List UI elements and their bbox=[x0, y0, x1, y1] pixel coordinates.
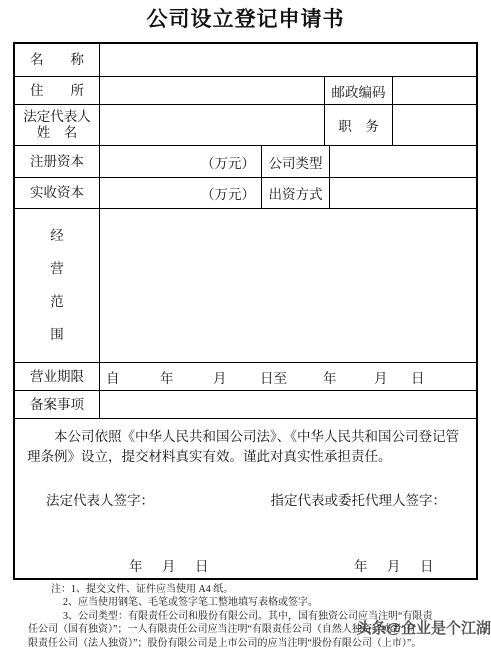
term-day-to: 日至 bbox=[260, 367, 287, 387]
term-month2: 月 bbox=[374, 367, 388, 387]
legal-rep-name-field bbox=[99, 105, 324, 145]
position-label: 职 务 bbox=[324, 105, 392, 145]
term-year2: 年 bbox=[323, 367, 337, 387]
row-company-name: 名 称 bbox=[15, 44, 476, 76]
term-from: 自 bbox=[106, 367, 120, 387]
paid-in-capital-field: （万元） bbox=[99, 178, 261, 208]
legal-rep-label-line2: 姓 名 bbox=[23, 125, 91, 141]
footnote-line: 限责任公司（法人独资）”；股份有限公司是上市公司的应当注明“股份有限公司（上市）… bbox=[28, 637, 480, 649]
postal-code-field bbox=[392, 77, 476, 104]
business-term-label: 营业期限 bbox=[15, 363, 99, 390]
agent-signature-label: 指定代表或委托代理人签字： bbox=[271, 489, 447, 509]
business-scope-char: 范 bbox=[50, 294, 64, 310]
business-scope-label: 经 营 范 围 bbox=[15, 209, 99, 362]
declaration-text: 本公司依照《中华人民共和国公司法》、《中华人民共和国公司登记管理条例》设立，提交… bbox=[27, 427, 464, 467]
row-business-scope: 经 营 范 围 bbox=[15, 208, 476, 362]
paid-in-capital-label: 实收资本 bbox=[15, 178, 99, 208]
legal-rep-label-line1: 法定代表人 bbox=[23, 109, 91, 125]
form-title: 公司设立登记申请书 bbox=[0, 5, 491, 33]
signature-date-left: 年 月 日 bbox=[129, 555, 212, 575]
contribution-method-label: 出资方式 bbox=[261, 178, 329, 208]
registered-capital-field: （万元） bbox=[99, 146, 261, 177]
company-name-label: 名 称 bbox=[15, 44, 99, 76]
business-scope-char: 经 bbox=[50, 228, 64, 244]
row-paid-in-capital: 实收资本 （万元） 出资方式 bbox=[15, 177, 476, 208]
term-day2: 日 bbox=[411, 367, 425, 387]
signature-date-row: 年 月 日 年 月 日 bbox=[15, 555, 476, 573]
registered-capital-label: 注册资本 bbox=[15, 146, 99, 177]
business-scope-field bbox=[99, 209, 476, 362]
legal-rep-signature-label: 法定代表人签字： bbox=[46, 489, 154, 509]
legal-rep-label: 法定代表人 姓 名 bbox=[15, 105, 99, 145]
signature-date-right: 年 月 日 bbox=[354, 555, 437, 575]
postal-code-label: 邮政编码 bbox=[324, 77, 392, 104]
row-filing-matters: 备案事项 bbox=[15, 390, 476, 418]
business-scope-char: 围 bbox=[50, 327, 64, 343]
application-form-page: 公司设立登记申请书 名 称 住 所 邮政编码 法定代表人 姓 名 职 务 bbox=[0, 0, 491, 649]
business-scope-char: 营 bbox=[50, 261, 64, 277]
company-type-label: 公司类型 bbox=[261, 146, 329, 177]
footnotes: 注：1、提交文件、证件应当使用 A4 纸。 2、应当使用钢笔、毛笔或签字笔工整地… bbox=[28, 583, 480, 649]
filing-matters-field bbox=[99, 391, 476, 418]
row-registered-capital: 注册资本 （万元） 公司类型 bbox=[15, 145, 476, 177]
row-business-term: 营业期限 自 年 月 日至 年 月 日 bbox=[15, 362, 476, 390]
signature-row: 法定代表人签字： 指定代表或委托代理人签字： bbox=[15, 489, 476, 509]
filing-matters-label: 备案事项 bbox=[15, 391, 99, 418]
footnote-line: 注：1、提交文件、证件应当使用 A4 纸。 bbox=[28, 583, 480, 596]
row-legal-representative: 法定代表人 姓 名 职 务 bbox=[15, 104, 476, 145]
address-label: 住 所 bbox=[15, 77, 99, 104]
company-type-field bbox=[329, 146, 476, 177]
term-month: 月 bbox=[213, 367, 227, 387]
toutiao-watermark: 头条@企业是个江湖 bbox=[356, 617, 491, 638]
company-name-field bbox=[99, 44, 476, 76]
address-field bbox=[99, 77, 324, 104]
contribution-method-field bbox=[329, 178, 476, 208]
term-year: 年 bbox=[160, 367, 174, 387]
row-address: 住 所 邮政编码 bbox=[15, 76, 476, 104]
application-form-table: 名 称 住 所 邮政编码 法定代表人 姓 名 职 务 注册资本 （ bbox=[13, 42, 478, 580]
business-term-field: 自 年 月 日至 年 月 日 bbox=[99, 363, 476, 390]
declaration-section: 本公司依照《中华人民共和国公司法》、《中华人民共和国公司登记管理条例》设立，提交… bbox=[15, 418, 476, 578]
position-field bbox=[392, 105, 476, 145]
footnote-line: 2、应当使用钢笔、毛笔或签字笔工整地填写表格或签字。 bbox=[28, 596, 480, 609]
